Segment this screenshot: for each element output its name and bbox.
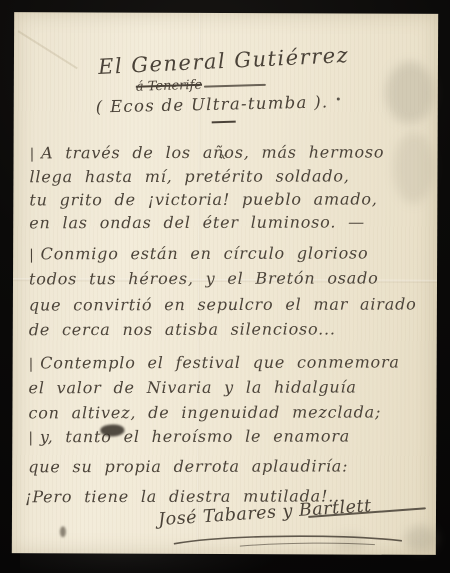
signature-flourish [170, 531, 408, 550]
verse-line-9: |Contemplo el festival que conmemora [29, 352, 400, 372]
paper-stain [405, 526, 437, 552]
stanza-mark: | [29, 356, 35, 372]
strike-line [204, 84, 266, 88]
verse-line-11: con altivez, de ingenuidad mezclada; [28, 402, 381, 422]
verse-text: con altivez, de ingenuidad mezclada; [28, 402, 381, 422]
verse-line-4: en las ondas del éter luminoso. — [29, 212, 365, 232]
verse-text: en las ondas del éter luminoso. — [29, 212, 365, 232]
paper-stain [393, 132, 433, 204]
verse-text: y, tanto el heroísmo le enamora [40, 426, 350, 446]
photo-background: El General Gutiérrez á Tenerife ( Ecos d… [0, 0, 450, 573]
verse-text: A través de los años, más hermoso [41, 142, 384, 162]
verse-text: que su propia derrota aplaudiría: [28, 456, 348, 476]
stanza-mark: | [30, 146, 36, 162]
verse-text: Conmigo están en círculo glorioso [41, 243, 369, 263]
verse-text: todos tus héroes, y el Bretón osado [29, 268, 379, 288]
verse-line-7: que convirtió en sepulcro el mar airado [29, 294, 417, 314]
verse-text: tu grito de ¡victoria! pueblo amado, [29, 189, 377, 209]
verse-text: llega hasta mí, pretérito soldado, [29, 166, 349, 186]
title-separator-dash [212, 121, 236, 124]
ink-speck [60, 526, 66, 537]
struck-dedication-text: á Tenerife [136, 78, 203, 95]
verse-line-3: tu grito de ¡victoria! pueblo amado, [29, 189, 377, 209]
letter-title: El General Gutiérrez [98, 43, 350, 79]
letter-photo: { "colors": { "background": "#0a0908", "… [0, 0, 450, 573]
verse-text: de cerca nos atisba silencioso... [29, 319, 336, 339]
verse-line-6: todos tus héroes, y el Bretón osado [29, 268, 379, 288]
verse-line-8: de cerca nos atisba silencioso... [29, 319, 336, 339]
verse-text: que convirtió en sepulcro el mar airado [29, 294, 417, 314]
verse-line-10: el valor de Nivaria y la hidalguía [29, 377, 357, 397]
insertion-mark: x [221, 152, 226, 162]
verse-text: el valor de Nivaria y la hidalguía [29, 377, 357, 397]
verse-text: Contemplo el festival que conmemora [40, 352, 400, 372]
verse-line-12: |y, tanto el heroísmo le enamora [28, 426, 350, 446]
struck-dedication: á Tenerife [136, 78, 203, 95]
verse-line-5: |Conmigo están en círculo glorioso [29, 243, 368, 263]
verse-line-13: que su propia derrota aplaudiría: [28, 456, 348, 476]
stanza-mark: | [29, 247, 35, 263]
letter-page: El General Gutiérrez á Tenerife ( Ecos d… [12, 12, 438, 555]
stanza-mark: | [28, 430, 34, 446]
corner-crease [18, 30, 78, 69]
verse-line-1: |A través de los años, más hermoso [30, 142, 385, 162]
letter-subtitle: ( Ecos de Ultra-tumba ). [96, 92, 329, 116]
paper-stain [386, 62, 434, 124]
ink-dot [337, 97, 340, 100]
verse-line-2: llega hasta mí, pretérito soldado, [29, 166, 349, 186]
